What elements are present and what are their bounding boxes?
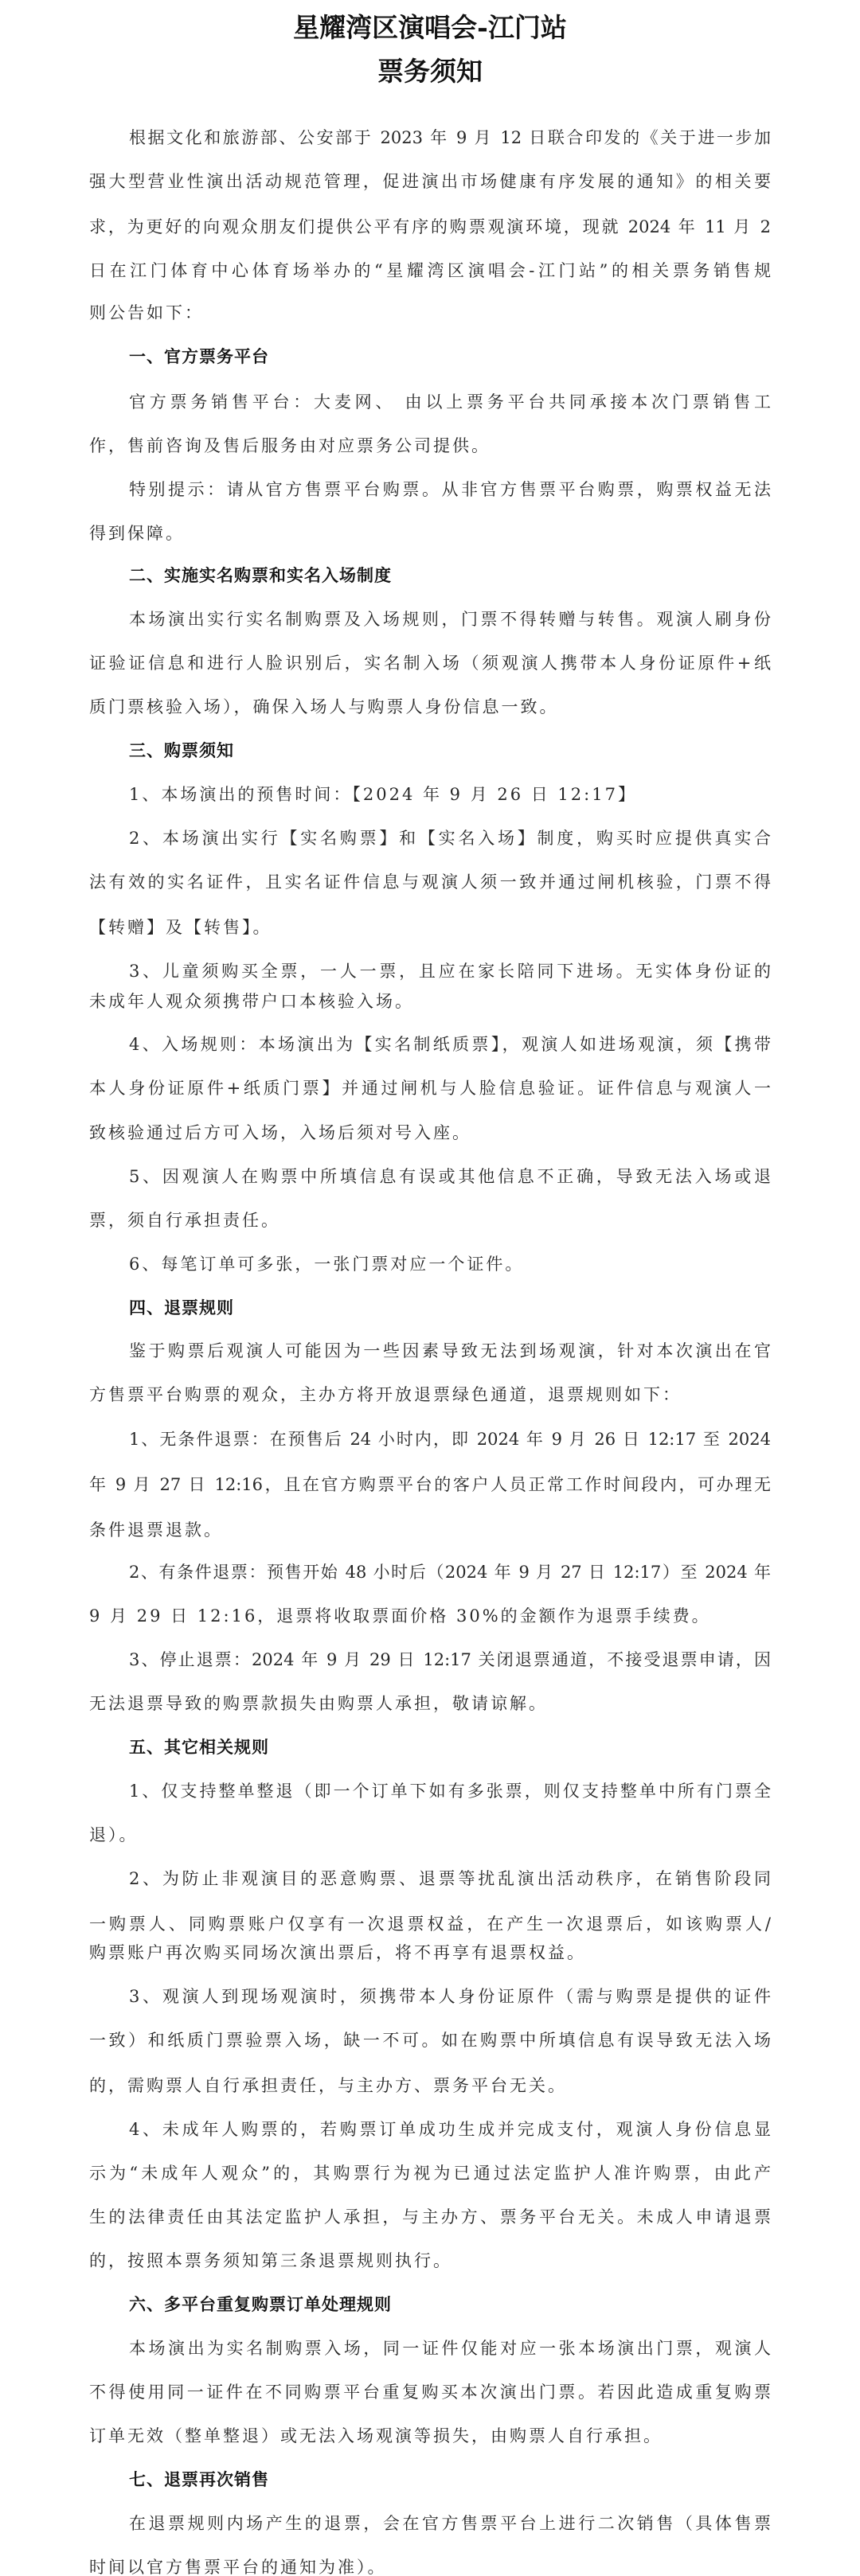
- paragraph-line: 一购票人、同购票账户仅享有一次退票权益，在产生一次退票后，如该购票人/: [89, 1912, 771, 1936]
- paragraph-line: 时间以官方售票平台的通知为准）。: [89, 2555, 387, 2576]
- paragraph-line: 4、入场规则：本场演出为【实名制纸质票】，观演人如进场观演，须【携带: [129, 1032, 771, 1056]
- paragraph-line: 生的法律责任由其法定监护人承担，与主办方、票务平台无关。未成人申请退票: [89, 2205, 771, 2229]
- section-heading: 一、官方票务平台: [129, 345, 269, 369]
- paragraph-line: 本场演出实行实名制购票及入场规则，门票不得转赠与转售。观演人刷身份: [129, 607, 771, 631]
- paragraph-line: 强大型营业性演出活动规范管理，促进演出市场健康有序发展的通知》的相关要: [89, 170, 771, 193]
- section-heading: 四、退票规则: [129, 1296, 234, 1320]
- document-title: 星耀湾区演唱会-江门站: [0, 12, 860, 44]
- paragraph-line: 日在江门体育中心体育场举办的“星耀湾区演唱会-江门站”的相关票务销售规: [89, 259, 771, 283]
- ticketing-notice-document: 星耀湾区演唱会-江门站 票务须知 根据文化和旅游部、公安部于 2023 年 9 …: [0, 0, 860, 2576]
- paragraph-line: 6、每笔订单可多张，一张门票对应一个证件。: [129, 1252, 524, 1276]
- paragraph-line: 示为“未成年人观众”的，其购票行为视为已通过法定监护人准许购票，由此产: [89, 2161, 771, 2185]
- paragraph-line: 官方票务销售平台：大麦网、 由以上票务平台共同承接本次门票销售工: [129, 390, 771, 414]
- paragraph-line: 证验证信息和进行人脸识别后，实名制入场（须观演人携带本人身份证原件+纸: [89, 651, 771, 675]
- paragraph-line: 条件退票退款。: [89, 1518, 223, 1542]
- paragraph-line: 鉴于购票后观演人可能因为一些因素导致无法到场观演，针对本次演出在官: [129, 1339, 771, 1363]
- paragraph-line: 2、为防止非观演目的恶意购票、退票等扰乱演出活动秩序，在销售阶段同: [129, 1867, 771, 1891]
- paragraph-line: 则公告如下：: [89, 301, 204, 325]
- paragraph-line: 一致）和纸质门票验票入场，缺一不可。如在购票中所填信息有误导致无法入场: [89, 2028, 771, 2052]
- paragraph-line: 1、无条件退票：在预售后 24 小时内，即 2024 年 9 月 26 日 12…: [129, 1427, 771, 1451]
- paragraph-line: 质门票核验入场），确保入场人与购票人身份信息一致。: [89, 695, 559, 719]
- paragraph-line: 1、本场演出的预售时间：【2024 年 9 月 26 日 12:17】: [129, 783, 637, 806]
- section-heading: 二、实施实名购票和实名入场制度: [129, 564, 392, 587]
- paragraph-line: 法有效的实名证件，且实名证件信息与观演人须一致并通过闸机核验，门票不得: [89, 870, 771, 894]
- paragraph-line: 特别提示：请从官方售票平台购票。从非官方售票平台购票，购票权益无法: [129, 478, 771, 502]
- paragraph-line: 在退票规则内场产生的退票，会在官方售票平台上进行二次销售（具体售票: [129, 2512, 771, 2535]
- paragraph-line: 无法退票导致的购票款损失由购票人承担，敬请谅解。: [89, 1692, 548, 1715]
- paragraph-line: 3、停止退票：2024 年 9 月 29 日 12:17 关闭退票通道，不接受退…: [129, 1648, 771, 1672]
- paragraph-line: 票，须自行承担责任。: [89, 1208, 280, 1232]
- paragraph-line: 作，售前咨询及售后服务由对应票务公司提供。: [89, 434, 491, 458]
- paragraph-line: 【转赠】及【转售】。: [89, 915, 272, 939]
- paragraph-line: 的，按照本票务须知第三条退票规则执行。: [89, 2249, 452, 2273]
- paragraph-line: 不得使用同一证件在不同购票平台重复购买本次演出门票。若因此造成重复购票: [89, 2380, 771, 2404]
- paragraph-line: 得到保障。: [89, 521, 185, 545]
- paragraph-line: 2、有条件退票：预售开始 48 小时后（2024 年 9 月 27 日 12:1…: [129, 1560, 771, 1584]
- paragraph-line: 致核验通过后方可入场，入场后须对号入座。: [89, 1121, 471, 1145]
- document-subtitle: 票务须知: [0, 56, 860, 88]
- paragraph-line: 本场演出为实名制购票入场，同一证件仅能对应一张本场演出门票，观演人: [129, 2336, 771, 2360]
- paragraph-line: 5、因观演人在购票中所填信息有误或其他信息不正确，导致无法入场或退: [129, 1165, 771, 1188]
- paragraph-line: 未成年人观众须携带户口本核验入场。: [89, 989, 414, 1013]
- paragraph-line: 方售票平台购票的观众，主办方将开放退票绿色通道，退票规则如下：: [89, 1383, 682, 1407]
- paragraph-line: 订单无效（整单整退）或无法入场观演等损失，由购票人自行承担。: [89, 2424, 663, 2448]
- paragraph-line: 3、观演人到现场观演时，须携带本人身份证原件（需与购票是提供的证件: [129, 1985, 771, 2008]
- paragraph-line: 购票账户再次购买同场次演出票后，将不再享有退票权益。: [89, 1941, 586, 1965]
- paragraph-line: 4、未成年人购票的，若购票订单成功生成并完成支付，观演人身份信息显: [129, 2117, 771, 2141]
- paragraph-line: 年 9 月 27 日 12:16，且在官方购票平台的客户人员正常工作时间段内，可…: [89, 1473, 771, 1497]
- section-heading: 五、其它相关规则: [129, 1735, 269, 1759]
- section-heading: 六、多平台重复购票订单处理规则: [129, 2293, 392, 2316]
- paragraph-line: 本人身份证原件+纸质门票】并通过闸机与人脸信息验证。证件信息与观演人一: [89, 1076, 771, 1100]
- paragraph-line: 1、仅支持整单整退（即一个订单下如有多张票，则仅支持整单中所有门票全: [129, 1779, 771, 1803]
- paragraph-line: 求，为更好的向观众朋友们提供公平有序的购票观演环境，现就 2024 年 11 月…: [89, 215, 771, 239]
- paragraph-line: 退）。: [89, 1823, 139, 1847]
- paragraph-line: 的，需购票人自行承担责任，与主办方、票务平台无关。: [89, 2074, 567, 2098]
- paragraph-line: 9 月 29 日 12:16，退票将收取票面价格 30%的金额作为退票手续费。: [89, 1604, 711, 1628]
- section-heading: 七、退票再次销售: [129, 2468, 269, 2492]
- paragraph-line: 根据文化和旅游部、公安部于 2023 年 9 月 12 日联合印发的《关于进一步…: [129, 126, 771, 150]
- paragraph-line: 3、儿童须购买全票，一人一票，且应在家长陪同下进场。无实体身份证的: [129, 959, 771, 983]
- section-heading: 三、购票须知: [129, 739, 234, 763]
- paragraph-line: 2、本场演出实行【实名购票】和【实名入场】制度，购买时应提供真实合: [129, 826, 771, 850]
